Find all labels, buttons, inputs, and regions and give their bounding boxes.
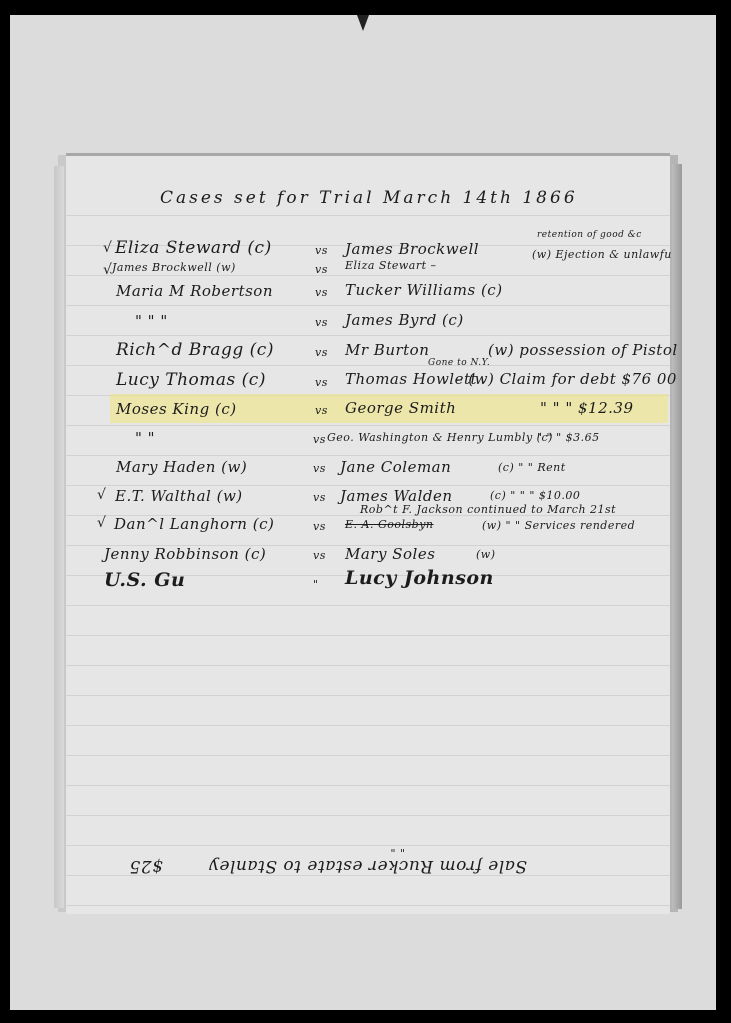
claim: (c) " " " $10.00: [490, 489, 580, 502]
defendant-struck: E. A. Goolsbyn: [345, 518, 434, 531]
versus: vs: [313, 549, 326, 562]
versus: vs: [315, 316, 328, 329]
claim: " " " $3.65: [537, 431, 600, 444]
versus: vs: [313, 520, 326, 533]
defendant: James Brockwell: [345, 240, 479, 258]
check-mark: √: [97, 515, 106, 531]
claim: (w): [476, 548, 496, 561]
versus: vs: [315, 244, 328, 257]
claim: " " " $12.39: [540, 399, 634, 417]
claim: (w) possession of Pistol: [488, 341, 678, 359]
note-text: Sale from Rucker estate to Stanley: [209, 856, 527, 876]
defendant: Geo. Washington & Henry Lumbly (c): [327, 431, 553, 444]
defendant-note: Gone to N.Y.: [428, 358, 490, 368]
page-right-edge: [672, 164, 682, 909]
check-mark: √: [103, 262, 112, 278]
check-mark: √: [97, 487, 106, 503]
versus: vs: [315, 263, 328, 276]
versus: vs: [313, 433, 326, 446]
page-title: Cases set for Trial March 14th 1866: [160, 188, 578, 208]
plaintiff: Mary Haden (w): [116, 458, 247, 476]
claim: (w) " " Services rendered: [482, 519, 635, 532]
defendant: James Byrd (c): [345, 311, 464, 329]
note-amount: $25: [129, 856, 163, 876]
plaintiff-ditto: " ": [135, 429, 155, 447]
plaintiff: E.T. Walthal (w): [115, 487, 243, 505]
page-left-edge: [54, 166, 64, 908]
plaintiff: Maria M Robertson: [116, 282, 273, 300]
claim: (w) Ejection & unlawfu: [532, 248, 672, 261]
claim-note: retention of good &c: [537, 230, 642, 240]
defendant: Eliza Stewart –: [345, 259, 437, 272]
claim: (c) " " Rent: [498, 461, 566, 474]
claim: – (w) Claim for debt $76 00: [455, 370, 677, 388]
plaintiff-ditto: " " ": [135, 312, 168, 330]
versus: vs: [315, 404, 328, 417]
plaintiff: Lucy Thomas (c): [116, 370, 266, 390]
versus: vs: [315, 286, 328, 299]
plaintiff: Jenny Robbinson (c): [104, 545, 266, 563]
defendant: Mary Soles: [345, 545, 435, 563]
upside-down-note: Sale from Rucker estate to Stanley $25 "…: [90, 840, 535, 890]
defendant-note: Rob^t F. Jackson continued to March 21st: [360, 503, 616, 516]
plaintiff: Moses King (c): [116, 400, 237, 418]
versus: vs: [315, 376, 328, 389]
plaintiff: Eliza Steward (c): [115, 238, 272, 258]
check-mark: √: [103, 240, 112, 256]
defendant: George Smith: [345, 399, 456, 417]
versus-ditto: ": [313, 578, 319, 591]
plaintiff: James Brockwell (w): [112, 261, 236, 274]
plaintiff: Rich^d Bragg (c): [116, 340, 274, 360]
defendant: Mr Burton: [345, 341, 429, 359]
defendant: Lucy Johnson: [345, 567, 494, 589]
versus: vs: [315, 346, 328, 359]
ditto-marks: " ": [390, 841, 405, 854]
plaintiff: Dan^l Langhorn (c): [114, 515, 274, 533]
versus: vs: [313, 491, 326, 504]
plaintiff: U.S. Gu: [104, 569, 185, 591]
versus: vs: [313, 462, 326, 475]
defendant: Tucker Williams (c): [345, 281, 503, 299]
defendant: Jane Coleman: [340, 458, 451, 476]
